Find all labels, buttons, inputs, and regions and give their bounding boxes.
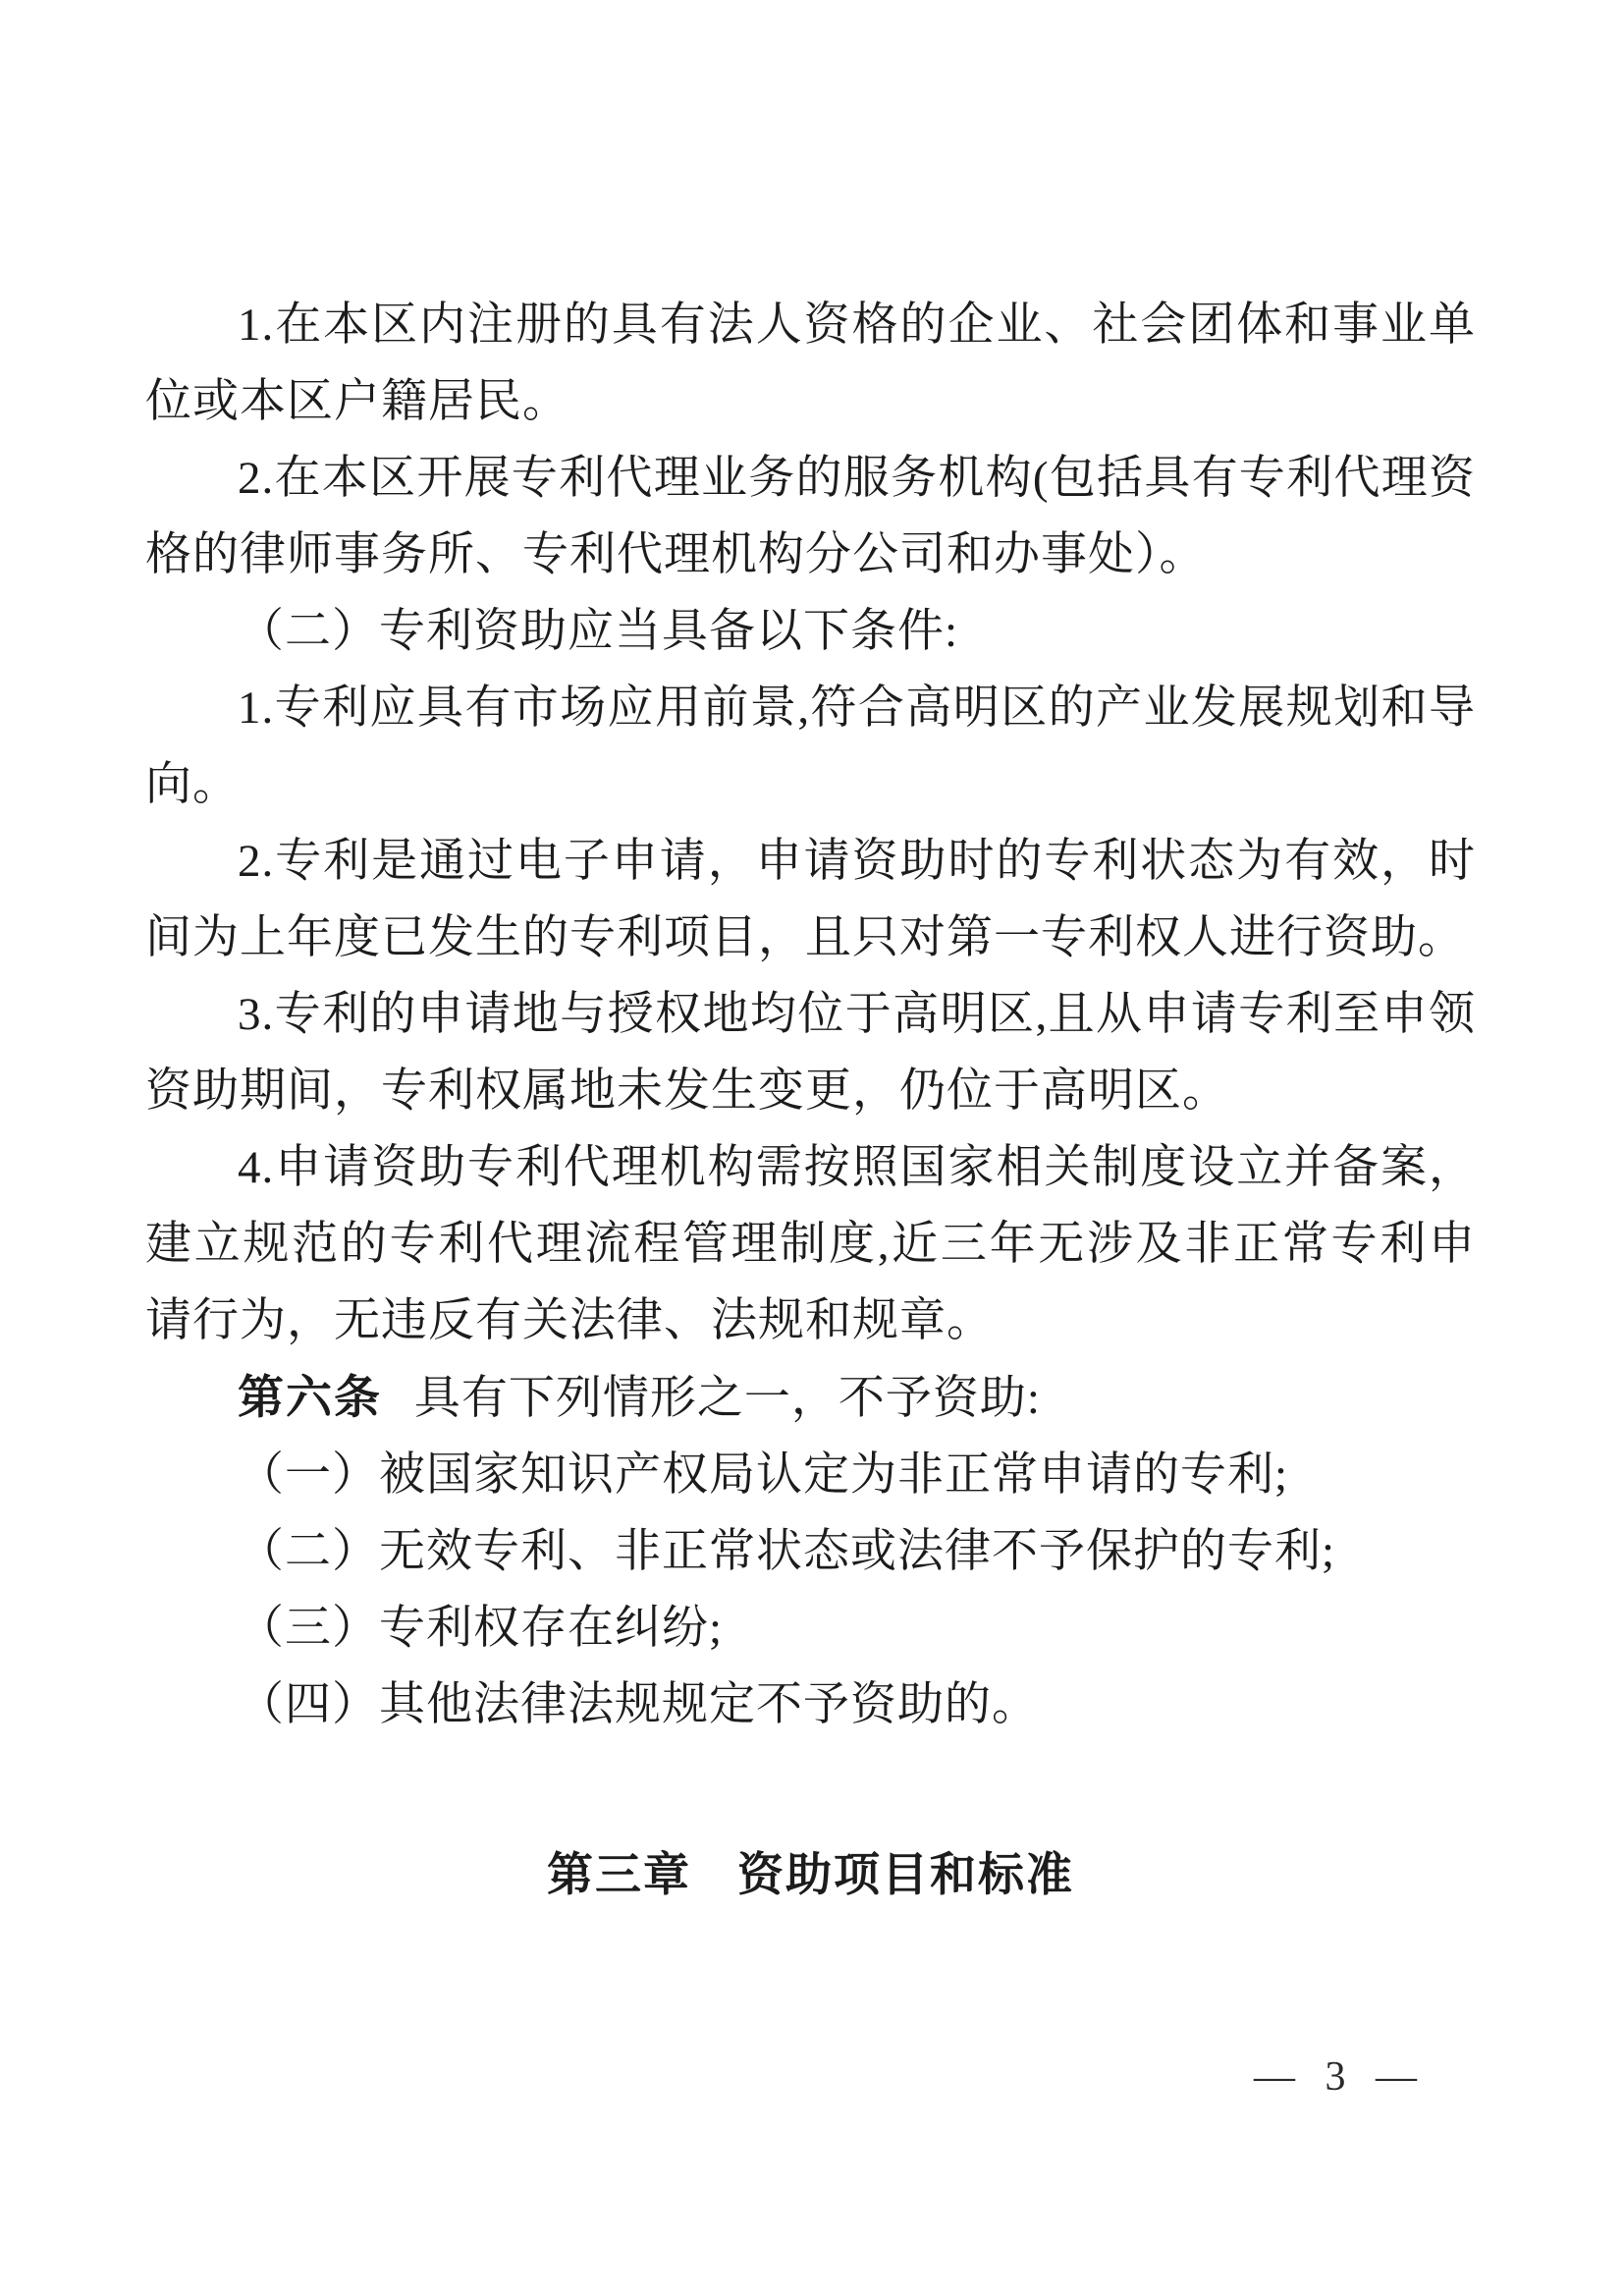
- chapter-heading: 第三章资助项目和标准: [145, 1836, 1476, 1913]
- paragraph-condition-3: 3.专利的申请地与授权地均位于高明区,且从申请专利至申领资助期间，专利权属地未发…: [145, 976, 1476, 1129]
- paragraph-eligible-entities: 1.在本区内注册的具有法人资格的企业、社会团体和事业单位或本区户籍居民。: [145, 287, 1476, 440]
- chapter-title: 资助项目和标准: [737, 1848, 1074, 1900]
- paragraph-agency-entities: 2.在本区开展专利代理业务的服务机构(包括具有专利代理资格的律师事务所、专利代理…: [145, 440, 1476, 593]
- document-body: 1.在本区内注册的具有法人资格的企业、社会团体和事业单位或本区户籍居民。 2.在…: [145, 287, 1476, 1913]
- paragraph-condition-4: 4.申请资助专利代理机构需按照国家相关制度设立并备案，建立规范的专利代理流程管理…: [145, 1129, 1476, 1359]
- exclusion-item-3: （三）专利权存在纠纷;: [145, 1590, 1476, 1667]
- document-page: 1.在本区内注册的具有法人资格的企业、社会团体和事业单位或本区户籍居民。 2.在…: [0, 0, 1623, 2296]
- paragraph-conditions-intro: （二）专利资助应当具备以下条件:: [145, 593, 1476, 670]
- chapter-number: 第三章: [547, 1848, 691, 1900]
- exclusion-item-1: （一）被国家知识产权局认定为非正常申请的专利;: [145, 1437, 1476, 1513]
- page-number: — 3 —: [1254, 2054, 1419, 2100]
- exclusion-item-4: （四）其他法律法规规定不予资助的。: [145, 1667, 1476, 1743]
- article-6-text: 具有下列情形之一，不予资助:: [414, 1373, 1041, 1424]
- paragraph-condition-1: 1.专利应具有市场应用前景,符合高明区的产业发展规划和导向。: [145, 670, 1476, 823]
- article-6-label: 第六条: [238, 1371, 382, 1423]
- paragraph-article-6: 第六条具有下列情形之一，不予资助:: [145, 1359, 1476, 1437]
- exclusion-item-2: （二）无效专利、非正常状态或法律不予保护的专利;: [145, 1513, 1476, 1590]
- paragraph-condition-2: 2.专利是通过电子申请，申请资助时的专利状态为有效，时间为上年度已发生的专利项目…: [145, 823, 1476, 976]
